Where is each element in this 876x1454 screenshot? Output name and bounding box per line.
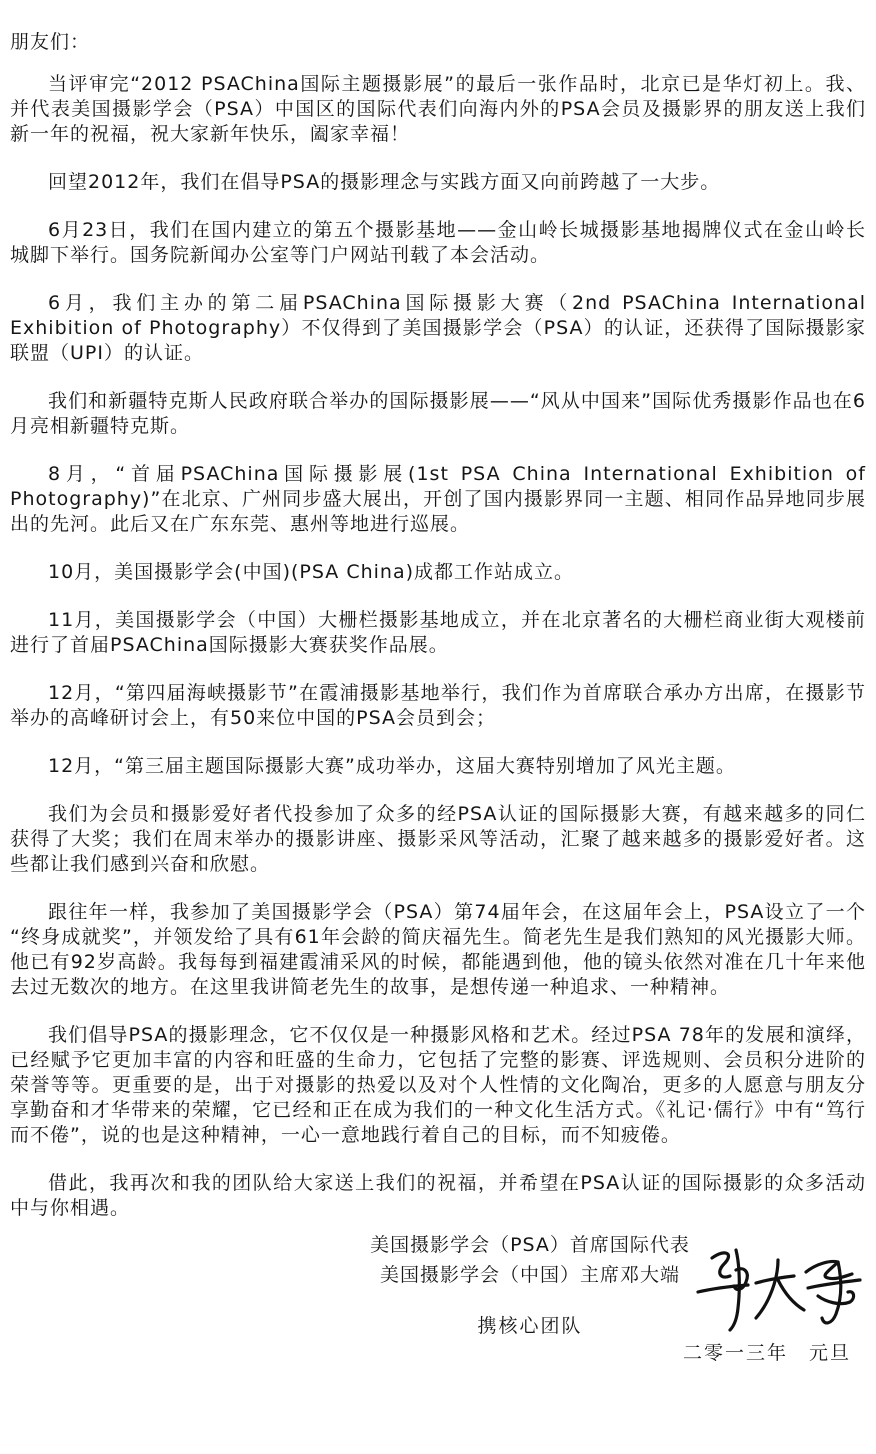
paragraph-xinjiang-exhibition: 我们和新疆特克斯人民政府联合举办的国际摄影展——“风从中国来”国际优秀摄影作品也… xyxy=(10,389,866,439)
paragraph-june-exhibition: 6月，我们主办的第二届PSAChina国际摄影大赛（2nd PSAChina I… xyxy=(10,291,866,366)
paragraph-october-chengdu: 10月，美国摄影学会(中国)(PSA China)成都工作站成立。 xyxy=(10,560,866,585)
paragraph-december-contest: 12月，“第三届主题国际摄影大赛”成功举办，这届大赛特别增加了风光主题。 xyxy=(10,754,866,779)
closing-block: 美国摄影学会（PSA）首席国际代表 美国摄影学会（中国）主席邓大端 携核心团队 xyxy=(0,1222,876,1422)
paragraph-psa-philosophy: 我们倡导PSA的摄影理念，它不仅仅是一种摄影风格和艺术。经过PSA 78年的发展… xyxy=(10,1023,866,1148)
handwritten-signature-image xyxy=(690,1236,865,1336)
paragraph-june23-base: 6月23日，我们在国内建立的第五个摄影基地——金山岭长城摄影基地揭牌仪式在金山岭… xyxy=(10,218,866,268)
paragraph-final-blessing: 借此，我再次和我的团队给大家送上我们的祝福，并希望在PSA认证的国际摄影的众多活… xyxy=(10,1171,866,1221)
letter-page: 朋友们： 当评审完“2012 PSAChina国际主题摄影展”的最后一张作品时，… xyxy=(0,0,876,1454)
paragraph-review-2012: 回望2012年，我们在倡导PSA的摄影理念与实践方面又向前跨越了一大步。 xyxy=(10,170,866,195)
closing-date: 二零一三年 元旦 xyxy=(683,1338,853,1365)
closing-role-line1: 美国摄影学会（PSA）首席国际代表 xyxy=(330,1233,730,1258)
paragraph-opening-greeting: 当评审完“2012 PSAChina国际主题摄影展”的最后一张作品时，北京已是华… xyxy=(10,72,866,147)
paragraph-psa-annual-meeting: 跟往年一样，我参加了美国摄影学会（PSA）第74届年会，在这届年会上，PSA设立… xyxy=(10,900,866,1000)
closing-role-line2: 美国摄影学会（中国）主席邓大端 xyxy=(330,1263,730,1288)
paragraph-members-awards: 我们为会员和摄影爱好者代投参加了众多的经PSA认证的国际摄影大赛，有越来越多的同… xyxy=(10,802,866,877)
paragraph-august-exhibition: 8月，“首届PSAChina国际摄影展(1st PSA China Intern… xyxy=(10,462,866,537)
salutation: 朋友们： xyxy=(10,30,866,55)
closing-team-line: 携核心团队 xyxy=(330,1311,730,1338)
paragraph-november-dashilan: 11月，美国摄影学会（中国）大栅栏摄影基地成立，并在北京著名的大栅栏商业街大观楼… xyxy=(10,608,866,658)
paragraph-december-xiapu: 12月，“第四届海峡摄影节”在霞浦摄影基地举行，我们作为首席联合承办方出席，在摄… xyxy=(10,681,866,731)
letter-body: 朋友们： 当评审完“2012 PSAChina国际主题摄影展”的最后一张作品时，… xyxy=(10,30,866,1244)
